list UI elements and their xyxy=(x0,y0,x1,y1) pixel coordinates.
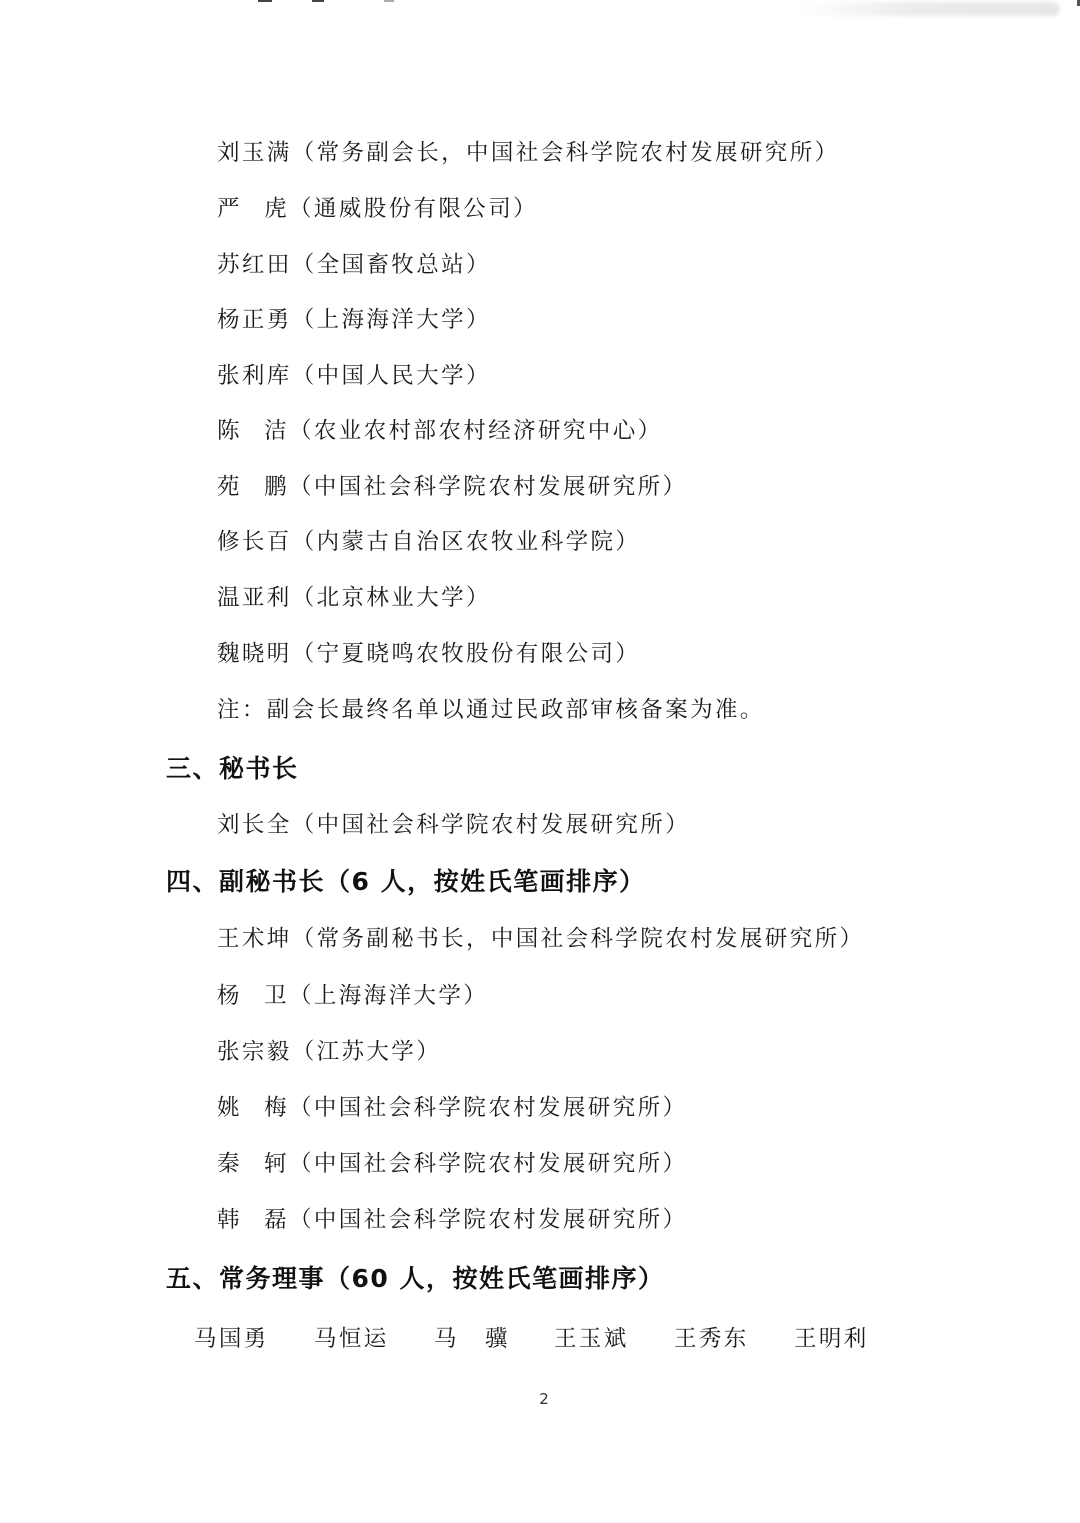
deputy-secretary-entry: 韩磊（中国社会科学院农村发展研究所） xyxy=(217,1205,687,1235)
person-name: 张宗毅 xyxy=(217,1037,292,1067)
person-name: 秦轲 xyxy=(217,1149,289,1179)
standing-director-name: 马恒运 xyxy=(314,1324,434,1354)
affiliation: （中国社会科学院农村发展研究所） xyxy=(292,812,690,838)
person-name: 陈洁 xyxy=(217,416,289,446)
affiliation: （中国社会科学院农村发展研究所） xyxy=(289,1207,687,1233)
vice-president-note: 注：副会长最终名单以通过民政部审核备案为准。 xyxy=(217,695,765,725)
person-name: 苏红田 xyxy=(217,250,292,280)
person-name: 修长百 xyxy=(217,527,292,557)
deputy-secretary-entry: 张宗毅（江苏大学） xyxy=(217,1037,441,1067)
vice-president-entry: 苑鹏（中国社会科学院农村发展研究所） xyxy=(217,472,687,502)
affiliation: （中国社会科学院农村发展研究所） xyxy=(289,474,687,500)
affiliation: （常务副会长，中国社会科学院农村发展研究所） xyxy=(292,140,840,166)
vice-president-entry: 张利库（中国人民大学） xyxy=(217,361,491,391)
scan-mark xyxy=(312,0,324,2)
affiliation: （常务副秘书长，中国社会科学院农村发展研究所） xyxy=(292,926,865,952)
standing-director-name: 王明利 xyxy=(794,1324,914,1354)
person-name: 张利库 xyxy=(217,361,292,391)
person-name: 姚梅 xyxy=(217,1093,289,1123)
person-name: 严虎 xyxy=(217,194,289,224)
person-name: 刘玉满 xyxy=(217,138,292,168)
affiliation: （中国社会科学院农村发展研究所） xyxy=(289,1095,687,1121)
vice-president-entry: 刘玉满（常务副会长，中国社会科学院农村发展研究所） xyxy=(217,138,840,168)
standing-director-name: 王玉斌 xyxy=(554,1324,674,1354)
secretary-general-entry: 刘长全（中国社会科学院农村发展研究所） xyxy=(217,810,690,840)
deputy-secretary-entry: 杨卫（上海海洋大学） xyxy=(217,981,488,1011)
vice-president-entry: 温亚利（北京林业大学） xyxy=(217,583,491,613)
affiliation: （通威股份有限公司） xyxy=(289,196,538,222)
section-heading-secretary-general: 三、秘书长 xyxy=(166,753,299,785)
person-name: 韩磊 xyxy=(217,1205,289,1235)
affiliation: （北京林业大学） xyxy=(292,585,491,611)
person-name: 杨正勇 xyxy=(217,305,292,335)
vice-president-entry: 苏红田（全国畜牧总站） xyxy=(217,250,491,280)
affiliation: （农业农村部农村经济研究中心） xyxy=(289,418,663,444)
deputy-secretary-entry: 秦轲（中国社会科学院农村发展研究所） xyxy=(217,1149,687,1179)
section-heading-standing-directors: 五、常务理事（60 人，按姓氏笔画排序） xyxy=(166,1263,665,1295)
vice-president-entry: 魏晓明（宁夏晓鸣农牧股份有限公司） xyxy=(217,639,640,669)
person-name: 刘长全 xyxy=(217,810,292,840)
person-name: 苑鹏 xyxy=(217,472,289,502)
affiliation: （内蒙古自治区农牧业科学院） xyxy=(292,529,641,555)
affiliation: （上海海洋大学） xyxy=(292,307,491,333)
affiliation: （宁夏晓鸣农牧股份有限公司） xyxy=(292,641,641,667)
vice-president-entry: 陈洁（农业农村部农村经济研究中心） xyxy=(217,416,663,446)
person-name: 魏晓明 xyxy=(217,639,292,669)
affiliation: （全国畜牧总站） xyxy=(292,252,491,278)
affiliation: （江苏大学） xyxy=(292,1039,441,1065)
standing-director-name: 王秀东 xyxy=(674,1324,794,1354)
affiliation: （中国社会科学院农村发展研究所） xyxy=(289,1151,687,1177)
deputy-secretary-entry: 姚梅（中国社会科学院农村发展研究所） xyxy=(217,1093,687,1123)
page-number: 2 xyxy=(0,1390,1080,1408)
person-name: 杨卫 xyxy=(217,981,289,1011)
affiliation: （上海海洋大学） xyxy=(289,983,488,1009)
affiliation: （中国人民大学） xyxy=(292,363,491,389)
standing-directors-row: 马国勇 马恒运 马骥 王玉斌 王秀东 王明利 xyxy=(194,1324,914,1354)
section-heading-deputy-secretary-general: 四、副秘书长（6 人，按姓氏笔画排序） xyxy=(166,866,646,898)
scan-mark xyxy=(258,0,272,2)
deputy-secretary-entry: 王术坤（常务副秘书长，中国社会科学院农村发展研究所） xyxy=(217,924,864,954)
standing-director-name: 马骥 xyxy=(434,1324,554,1354)
person-name: 王术坤 xyxy=(217,924,292,954)
person-name: 温亚利 xyxy=(217,583,292,613)
scan-smudge xyxy=(800,2,1060,16)
vice-president-entry: 严虎（通威股份有限公司） xyxy=(217,194,538,224)
vice-president-entry: 修长百（内蒙古自治区农牧业科学院） xyxy=(217,527,640,557)
vice-president-entry: 杨正勇（上海海洋大学） xyxy=(217,305,491,335)
scan-artifact-top xyxy=(0,0,1080,20)
scan-mark xyxy=(384,0,394,2)
standing-director-name: 马国勇 xyxy=(194,1324,314,1354)
